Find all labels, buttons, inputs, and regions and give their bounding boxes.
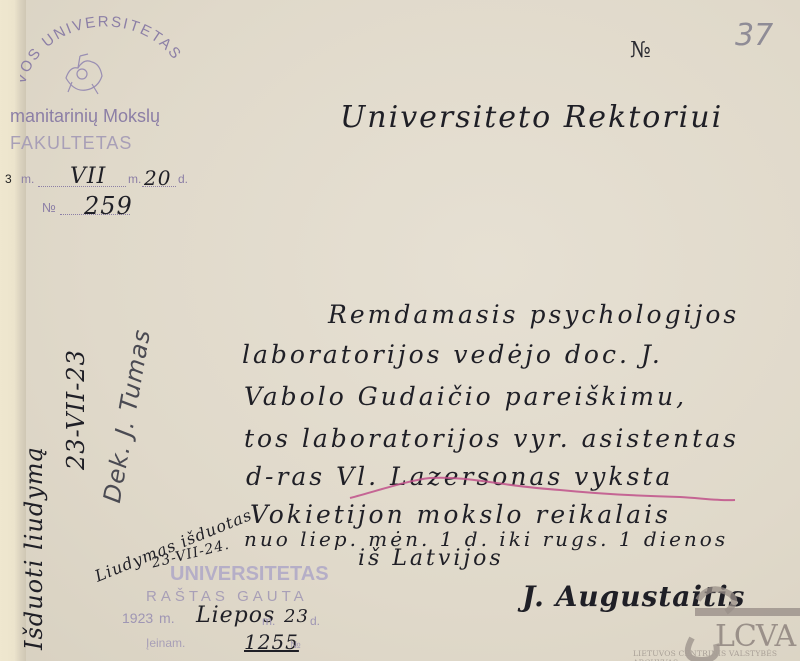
stamp-faculty-label: FAKULTETAS xyxy=(10,133,132,154)
stamp-month: VII xyxy=(70,164,106,189)
stamp-reg-number: 259 xyxy=(84,192,133,220)
stamp-number-label: № xyxy=(42,200,56,215)
stamp-day: 20 xyxy=(144,166,171,190)
stamp-date-prefix: 3 m. xyxy=(5,172,34,186)
received-stamp-month-suffix: m. xyxy=(262,614,275,628)
received-stamp-year: 1923 m. xyxy=(122,610,175,626)
letter-line-3: Vabolo Gudaičio pareiškimu, xyxy=(244,382,687,411)
margin-note-issue-certificate: Išduoti liudymą xyxy=(20,446,48,650)
letter-line-1: Remdamasis psychologijos xyxy=(328,300,739,329)
letter-line-6: Vokietijon mokslo reikalais xyxy=(250,500,671,529)
lcva-caption: LIETUVOS CENTRINIS VALSTYBĖS ARCHYVAS xyxy=(633,649,800,661)
received-stamp-day: 23 xyxy=(284,606,309,627)
folio-number-pencil: 37 xyxy=(735,18,773,53)
received-stamp-university: UNIVERSITETAS xyxy=(170,563,329,586)
received-stamp-number-label: № xyxy=(290,640,301,651)
margin-note-date: 23-VII-23 xyxy=(62,349,90,470)
knight-coat-of-arms-icon xyxy=(58,48,108,96)
stamp-faculty-name: manitarinių Mokslų xyxy=(10,106,160,127)
letter-addressee: Universiteto Rektoriui xyxy=(340,100,723,135)
received-stamp-day-suffix: d. xyxy=(310,614,320,628)
letter-line-2: laboratorijos vedėjo doc. J. xyxy=(242,340,663,369)
letter-line-4: tos laboratorijos vyr. asistentas xyxy=(244,424,739,453)
received-stamp-entry-label: Įeinam. xyxy=(146,636,185,650)
stamp-day-suffix: d. xyxy=(178,172,188,186)
stamp-month-suffix: m. xyxy=(128,172,141,186)
letter-line-8: iš Latvijos xyxy=(358,546,504,571)
letter-line-5: d-ras Vl. Lazersonas vyksta xyxy=(246,462,673,491)
printed-number-sign: № xyxy=(630,38,651,63)
